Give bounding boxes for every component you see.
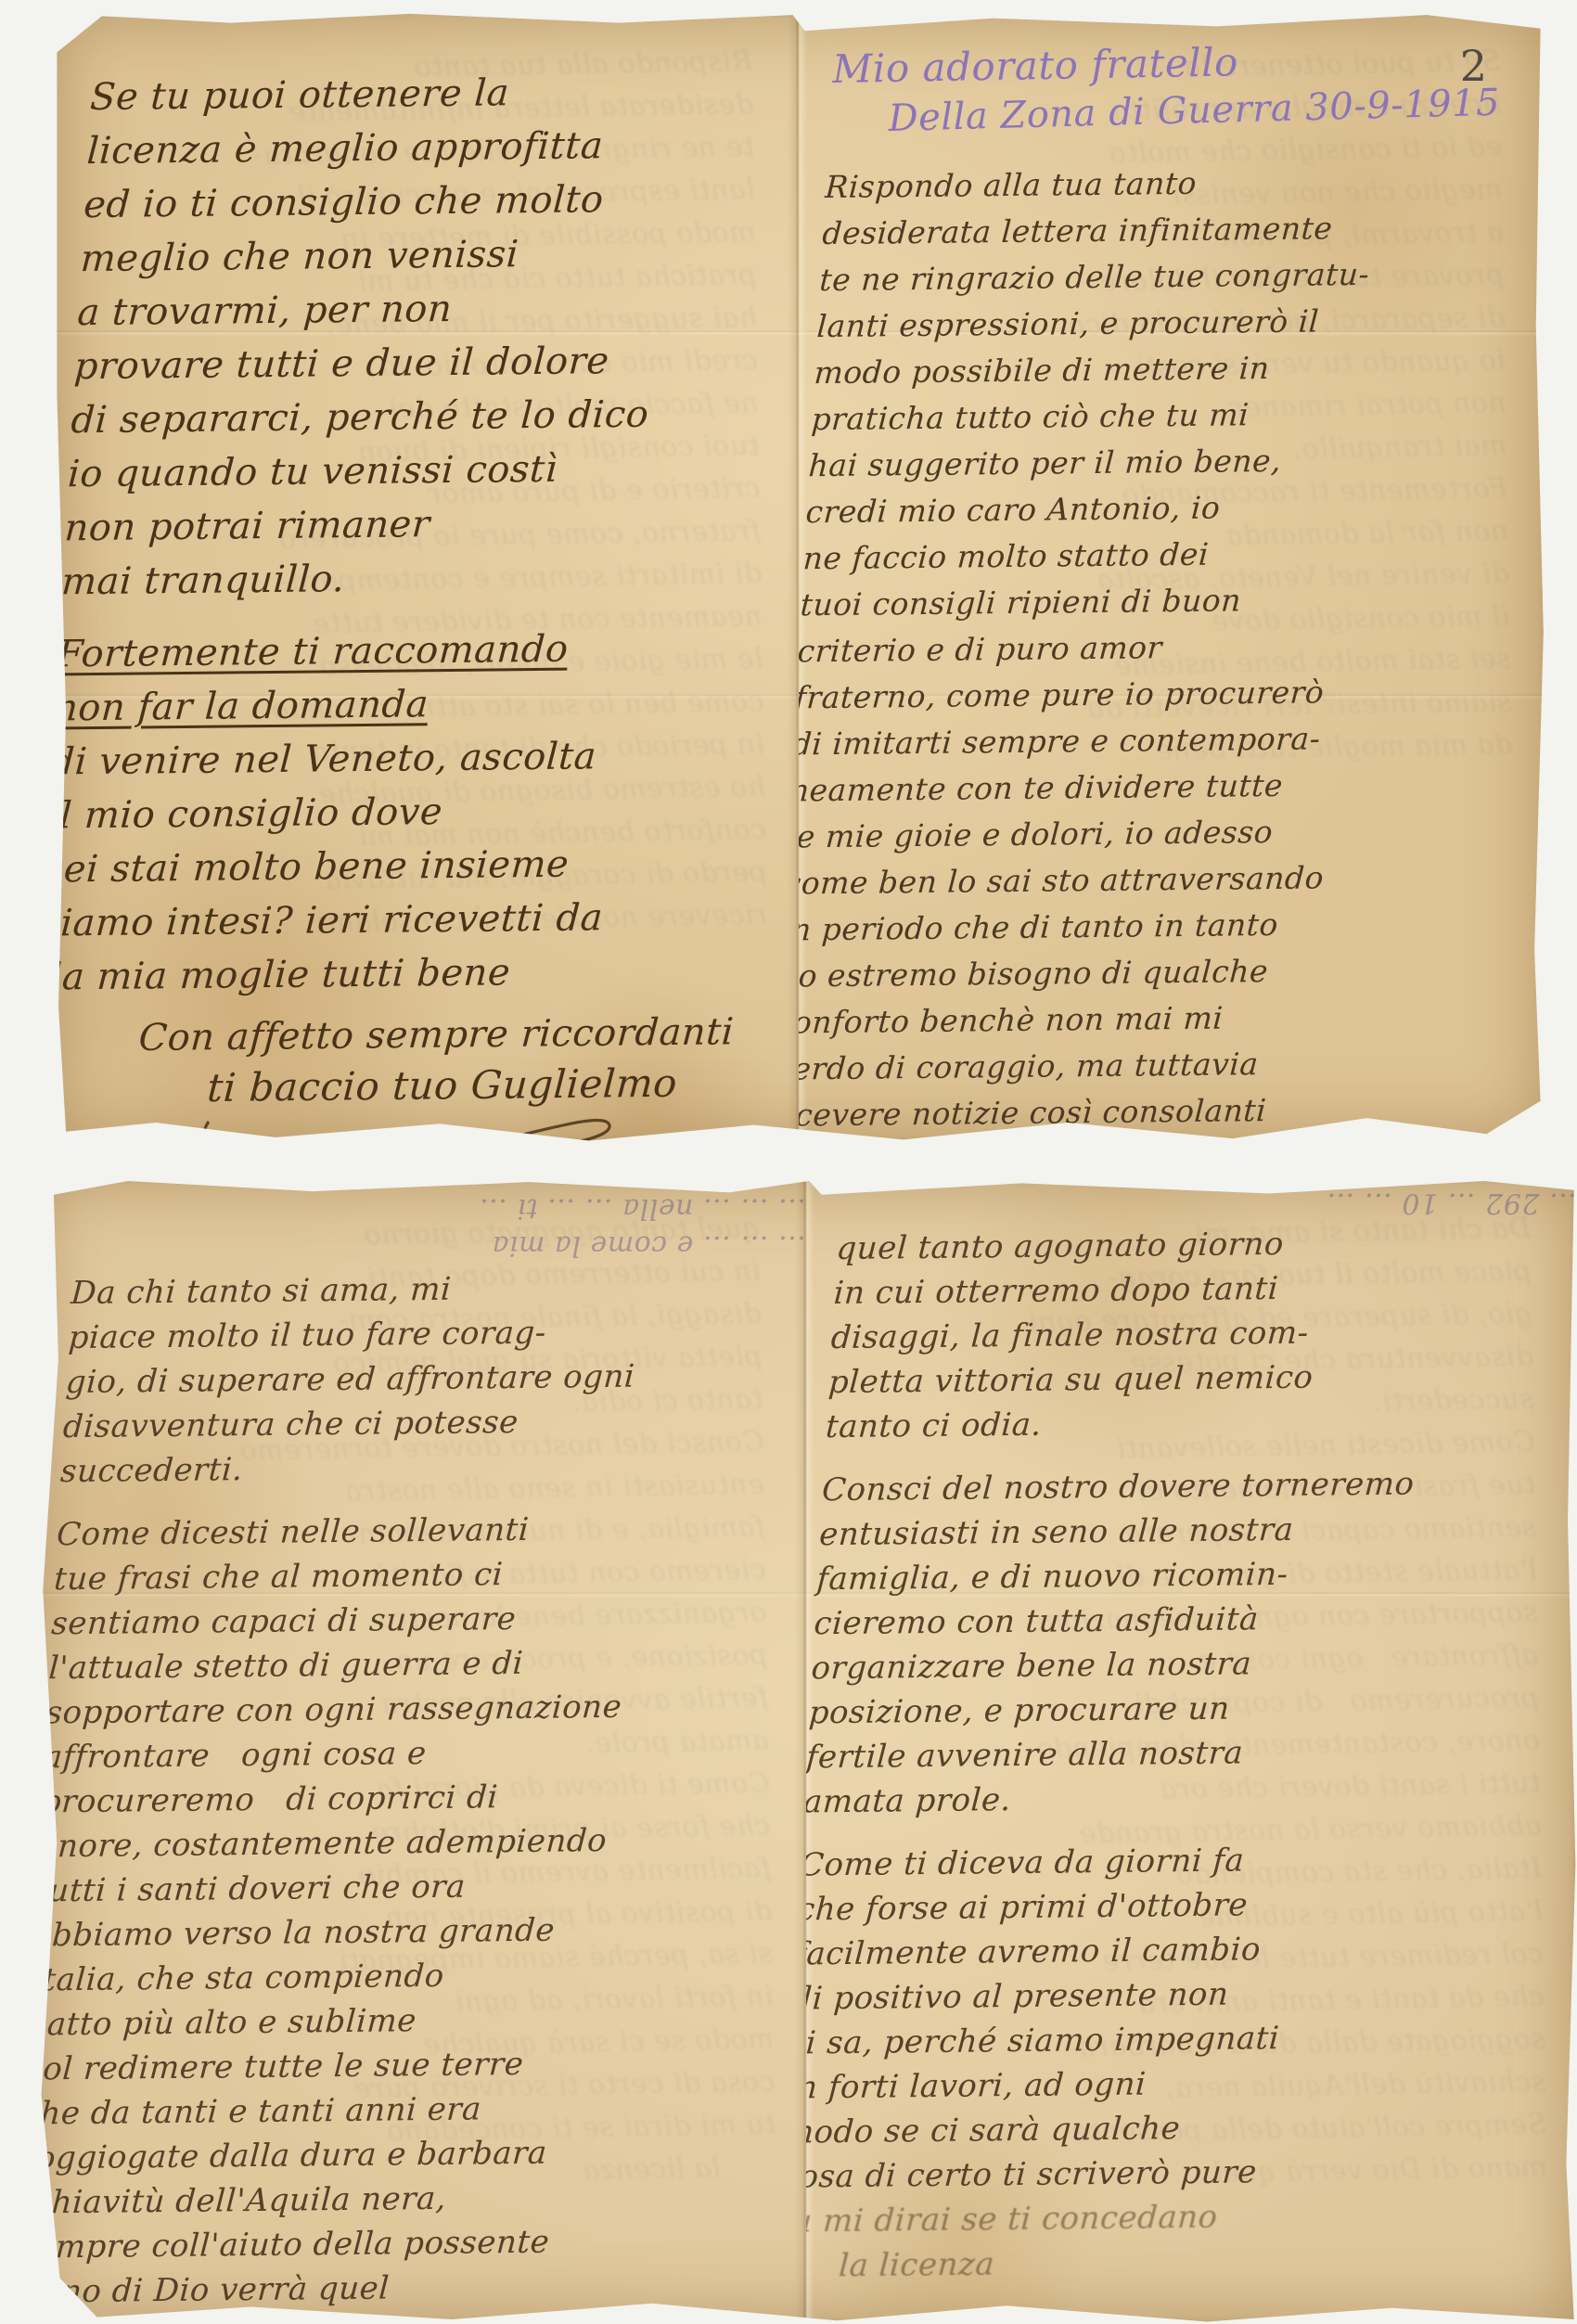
handwriting-line: meglio che non venissi (79, 225, 788, 286)
handwriting-line: tue frasi che al momento ci (53, 1549, 789, 1601)
letter-sheet-bottom: quel tanto agognato giornoin cui otterre… (35, 1176, 1577, 2324)
handwriting-line: … … … nella … … ti … (72, 1189, 806, 1226)
handwriting-line: io quando tu venissi costì (66, 440, 776, 501)
handwriting-line: in cui otterremo dopo tanti (832, 1264, 1574, 1316)
handwriting-line: abbiamo verso la nostra grande (35, 1906, 768, 1958)
page-3-handwriting: Da chi tanto si ama, mipiace molto il tu… (35, 1264, 806, 2315)
handwriting-line: l'atto più alto e sublime (35, 1995, 763, 2047)
handwriting-line: di separarci, perché te lo dico (70, 386, 779, 447)
handwriting-line: praticha tutto ciò che tu mi (810, 389, 1532, 443)
letter-page-1: Rispondo alla tua tantodesiderata letter… (51, 9, 799, 1143)
handwriting-line: tutti i santi doveri che ora (35, 1861, 771, 1913)
handwriting-line: perdo di coraggio, ma tuttavia (799, 1039, 1494, 1093)
handwriting-line: facilmente avremo il cambio (806, 1924, 1535, 1976)
handwriting-line: credi mio caro Antonio, io (804, 481, 1527, 535)
handwriting-line: fertile avvenire alla nostra (806, 1727, 1546, 1779)
handwriting-line: modo possibile di mettere in (813, 342, 1535, 396)
closing-line: Con affetto sempre riccordanti (137, 1010, 799, 1059)
handwriting-line: affrontare ogni cosa e (42, 1727, 778, 1779)
handwriting-line: criterio e di puro amor (799, 621, 1519, 674)
page-4-handwriting: quel tanto agognato giornoin cui otterre… (806, 1219, 1577, 2289)
handwriting-line: Come ti diceva da giorni fa (806, 1835, 1540, 1887)
handwriting-line: gio, di superare ed affrontare ogni (64, 1353, 801, 1405)
handwriting-line: fraterno, come pure io procurerò (799, 667, 1516, 721)
handwriting-line: provare tutti e due il dolore (72, 332, 782, 393)
handwriting-line: tu mi dirai se ti concedano (806, 2191, 1519, 2243)
handwriting-line: desiderata lettera infinitamente (821, 203, 1544, 257)
handwriting-line: che forse ai primi d'ottobre (806, 1880, 1538, 1932)
handwriting-line: in forti lavori, ad ogni (806, 2058, 1527, 2110)
handwriting-line: Da chi tanto si ama, mi (70, 1264, 806, 1316)
handwriting-line: di venire nel Veneto, ascolta (51, 728, 759, 790)
handwriting-line: mano di Dio verrà quel (35, 2262, 747, 2314)
handwriting-line: che da tanti e tanti anni era (35, 2084, 757, 2136)
handwriting-line: ricevere notizie così consolanti (799, 1085, 1492, 1139)
handwriting-line: lanti espressioni, e procurerò il (815, 296, 1538, 350)
handwriting-line: Sempre coll'aiuto della possente (35, 2217, 750, 2269)
handwriting-line: soggiogate dalla dura e barbara (35, 2128, 755, 2180)
handwriting-line: non potrai rimaner (63, 494, 773, 555)
letter-page-3: quel tanto agognato giornoin cui otterre… (35, 1176, 806, 2324)
signature-line: ti baccio tuo Guglielmo (206, 1059, 799, 1111)
handwriting-line: conforto benchè non mai mi (799, 992, 1496, 1046)
handwriting-line: si sa, perché siamo impegnati (806, 2013, 1530, 2065)
handwriting-line: amata prole. (806, 1772, 1545, 1824)
handwriting-line: succederti. (59, 1442, 796, 1494)
handwriting-line: disavventura che ci potesse (62, 1397, 799, 1449)
letter-page-2: Se tu puoi ottenere lalicenza è meglio a… (799, 9, 1546, 1143)
handwriting-line: mai tranquillo. (60, 547, 770, 609)
faded-inverted-handwriting: … 292 … 10 … … (834, 1184, 1577, 1221)
handwriting-line: Consci del nostro dovere torneremo (821, 1460, 1563, 1512)
handwriting-line: non far la domanda (52, 674, 762, 735)
handwriting-line: piace molto il tuo fare corag- (67, 1308, 803, 1360)
handwriting-line: quel tanto agognato giorno (835, 1219, 1577, 1271)
handwriting-line: … … … e come la mia (72, 1226, 806, 1264)
handwriting-line: neamente con te dividere tutte (799, 760, 1510, 814)
handwriting-line: in periodo che di tanto in tanto (799, 899, 1502, 953)
handwriting-line: l'attuale stetto di guerra e di (47, 1638, 784, 1690)
handwriting-line: come ben lo sai sto attraversando (799, 853, 1505, 906)
handwriting-line: ed io ti consiglio che molto (83, 171, 792, 232)
handwriting-line: cieremo con tutta asfiduità (813, 1594, 1555, 1646)
handwriting-line: Rispondo alla tua tanto (824, 157, 1546, 211)
handwriting-line: Come dicesti nelle sollevanti (56, 1505, 792, 1557)
handwriting-line: sentiamo capaci di superare (50, 1594, 787, 1646)
handwriting-line: a trovarmi, per non (76, 278, 786, 340)
handwriting-line: tuoi consigli ripieni di buon (799, 574, 1521, 628)
handwriting-line: … 292 … 10 … … (834, 1184, 1577, 1221)
handwriting-line: le mie gioie e dolori, io adesso (799, 806, 1507, 860)
handwriting-line: tanto ci odia. (825, 1397, 1567, 1449)
handwriting-line: ne faccio molto statto dei (801, 528, 1524, 582)
handwriting-line: il mio consiglio dove (51, 782, 756, 843)
handwriting-line: hai suggerito per il mio bene, (807, 435, 1530, 489)
handwriting-line: licenza è meglio approfitta (85, 117, 795, 178)
scanned-letter-document: { "palette": { "background": "#f3f3f0", … (0, 0, 1577, 2324)
handwriting-line: entusiasti in seno alle nostra (818, 1505, 1560, 1557)
letter-page-4: Da chi tanto si ama, mipiace molto il tu… (806, 1176, 1577, 2324)
handwriting-line: pletta vittoria su quel nemico (827, 1353, 1570, 1405)
handwriting-line: posizione, e procurare un (807, 1683, 1549, 1735)
handwriting-line: da mia moglie tutti bene (51, 944, 747, 1005)
handwriting-line: la licenza (806, 2236, 1517, 2288)
handwriting-line: sei stai molto bene insieme (51, 836, 752, 897)
handwriting-line: Se tu puoi ottenere la (89, 63, 799, 124)
letter-sheet-top: Rispondo alla tua tantodesiderata letter… (51, 9, 1546, 1143)
handwriting-line: schiavitù dell'Aquila nera, (35, 2173, 752, 2225)
handwriting-line: di imitarti sempre e contempora- (799, 713, 1513, 767)
handwriting-line: sopportare con ogni rassegnazione (45, 1683, 781, 1735)
handwriting-line: disaggi, la finale nostra com- (829, 1308, 1571, 1360)
handwriting-line: organizzare bene la nostra (810, 1638, 1552, 1690)
faded-inverted-handwriting: … … … e come la mia… … … nella … … ti … (72, 1189, 806, 1264)
handwriting-line: famiglia, e di nuovo ricomin- (815, 1549, 1558, 1601)
handwriting-line: Italia, che sta compiendo (35, 1950, 765, 2002)
handwriting-line: modo se ci sarà qualche (806, 2102, 1524, 2154)
handwriting-line: cosa di certo ti scriverò pure (806, 2147, 1522, 2199)
handwriting-line: di positivo al presente non (806, 1969, 1532, 2021)
handwriting-line: te ne ringrazio delle tue congratu- (818, 250, 1541, 303)
handwriting-line: onore, costantemente adempiendo (37, 1817, 774, 1868)
page-2-handwriting: Rispondo alla tua tantodesiderata letter… (799, 157, 1546, 1139)
handwriting-line: procureremo di coprirci di (40, 1772, 776, 1824)
page-1-handwriting: Se tu puoi ottenere lalicenza è meglio a… (51, 63, 799, 1005)
handwriting-line: Fortemente ti raccomando (56, 620, 765, 681)
handwriting-line: col redimere tutte le sue terre (35, 2039, 760, 2091)
handwriting-line: ho estremo bisogno di qualche (799, 945, 1499, 999)
handwriting-line: siamo intesi? ieri ricevetti da (51, 890, 750, 951)
